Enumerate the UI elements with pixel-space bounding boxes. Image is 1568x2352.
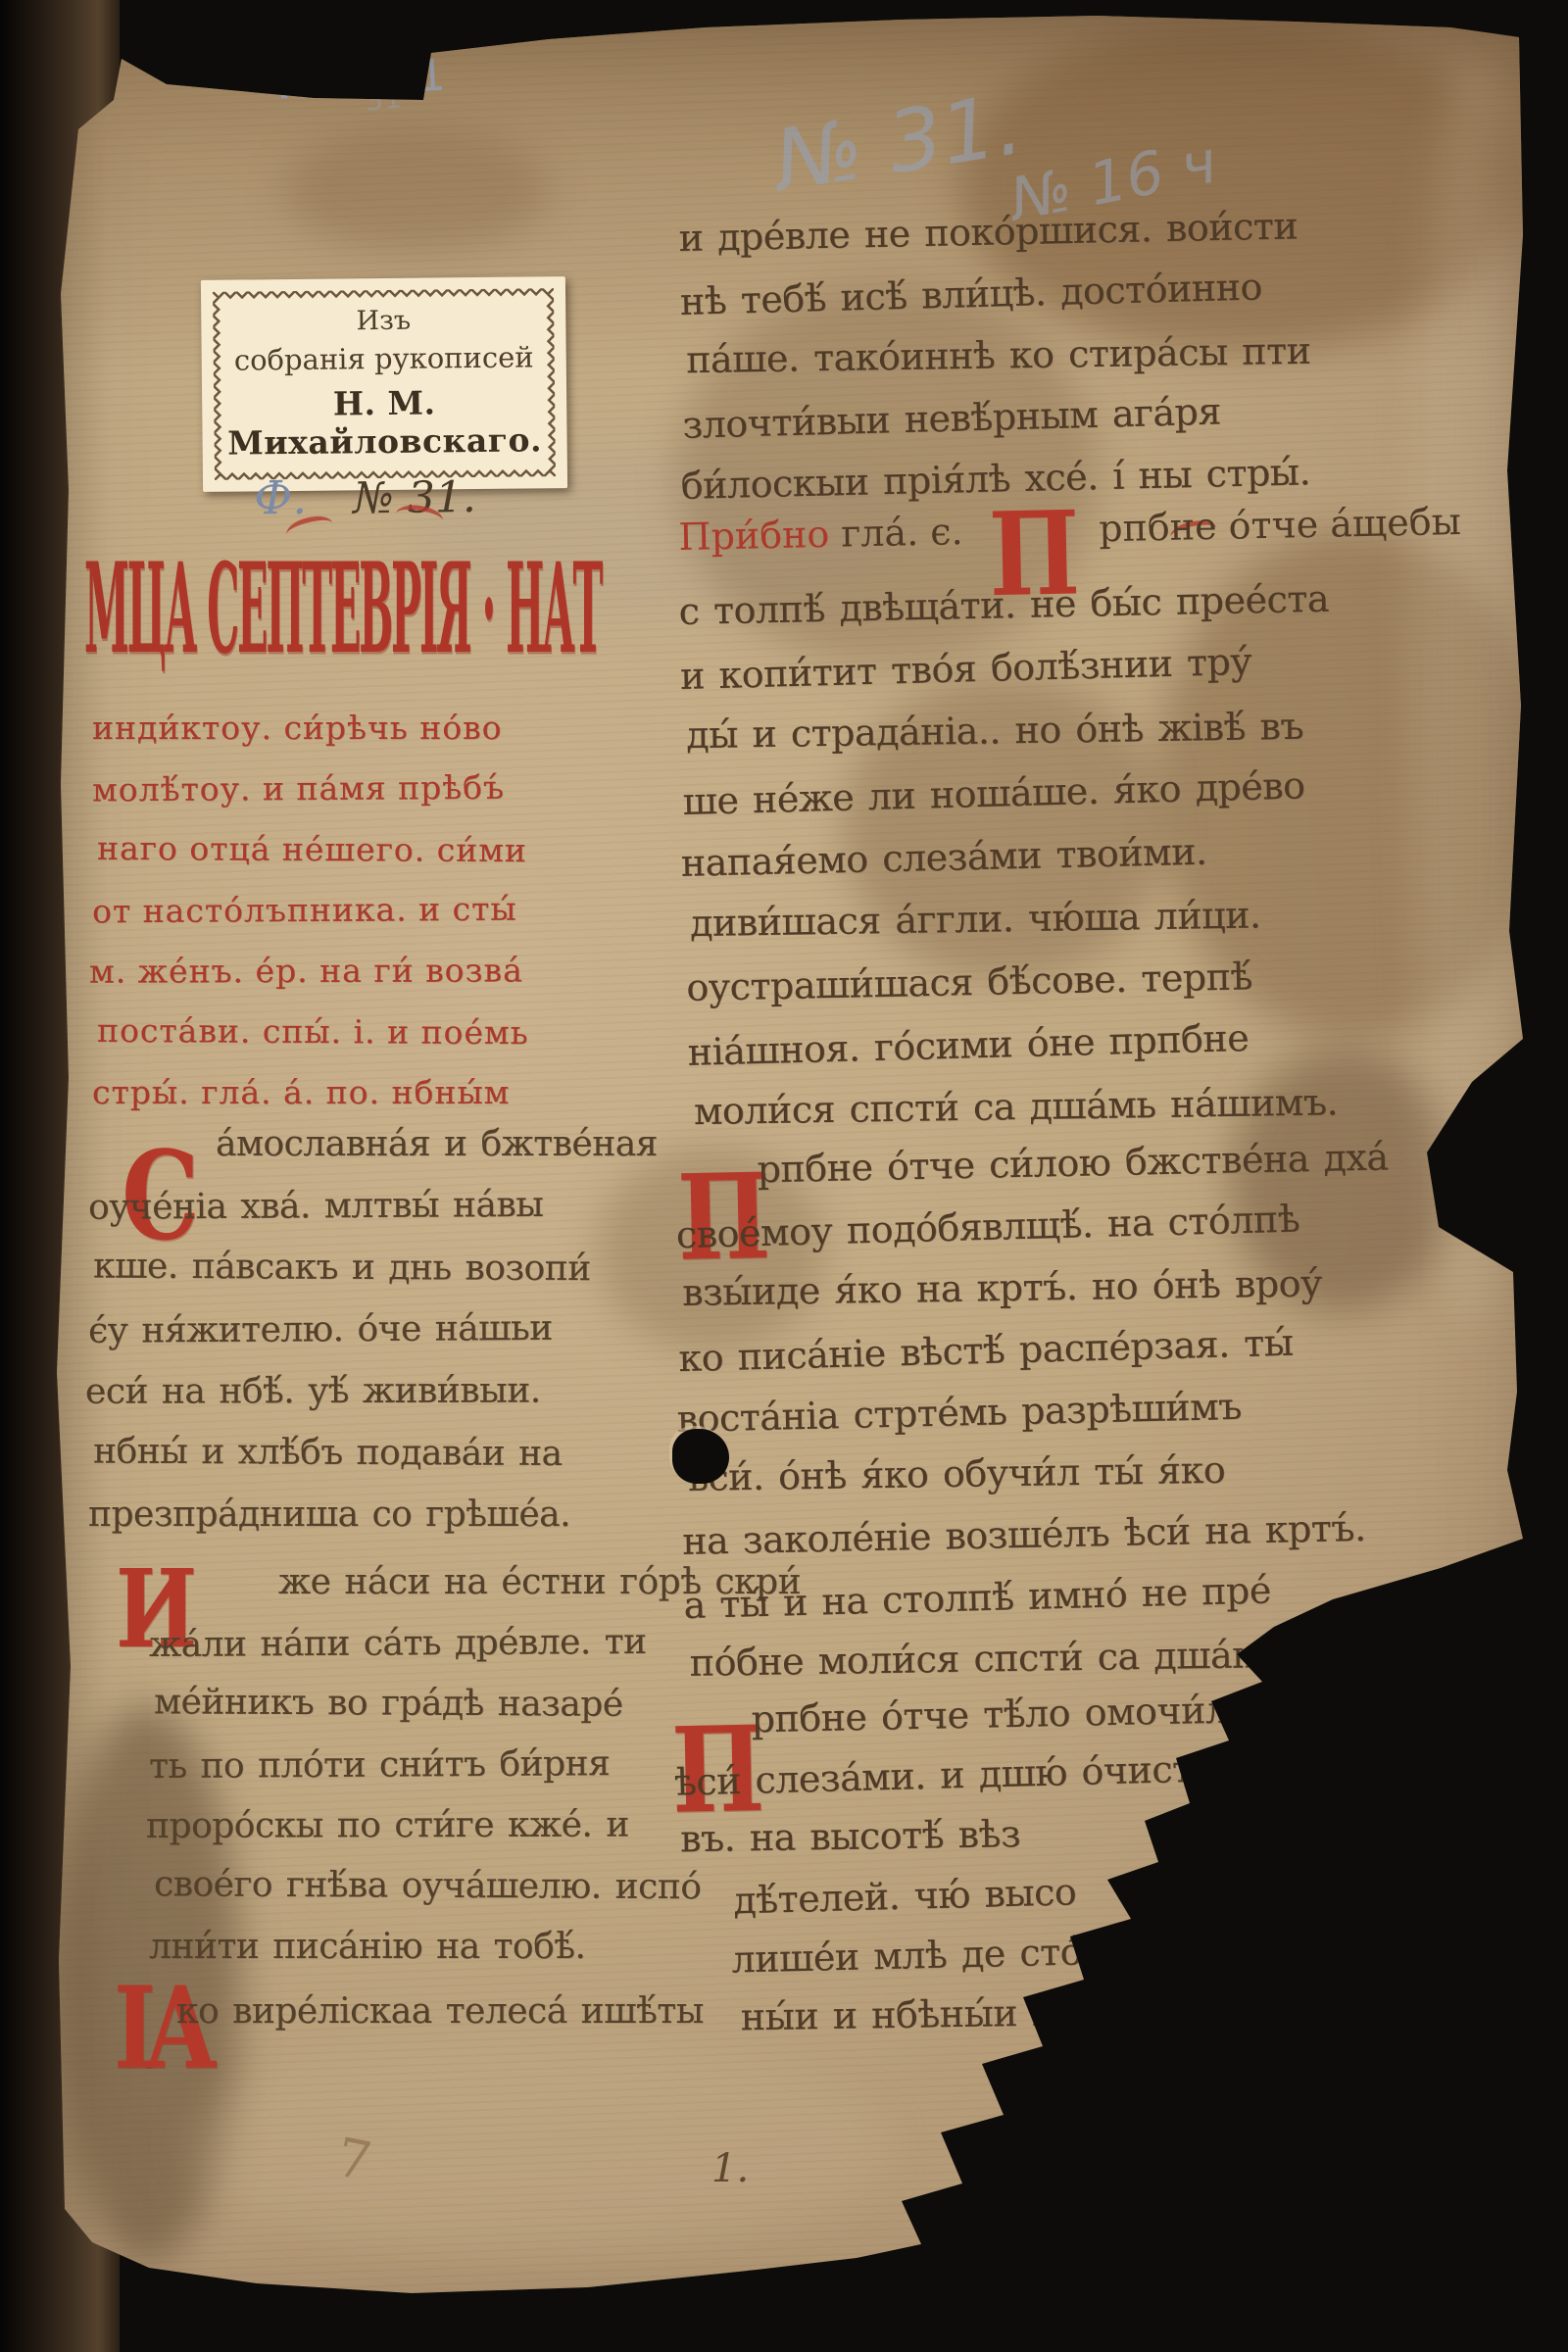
manuscript-photo: Инв.31 31 № 31. № 16 ч Изъ собранія руко… [0,0,1568,2352]
edge-vignette [0,0,1568,2352]
spine-fragment [0,1421,69,1637]
spine-fragment [0,39,53,186]
parchment-leaf: Инв.31 31 № 31. № 16 ч Изъ собранія руко… [0,0,1568,2352]
spine-fragment [0,1117,57,1392]
